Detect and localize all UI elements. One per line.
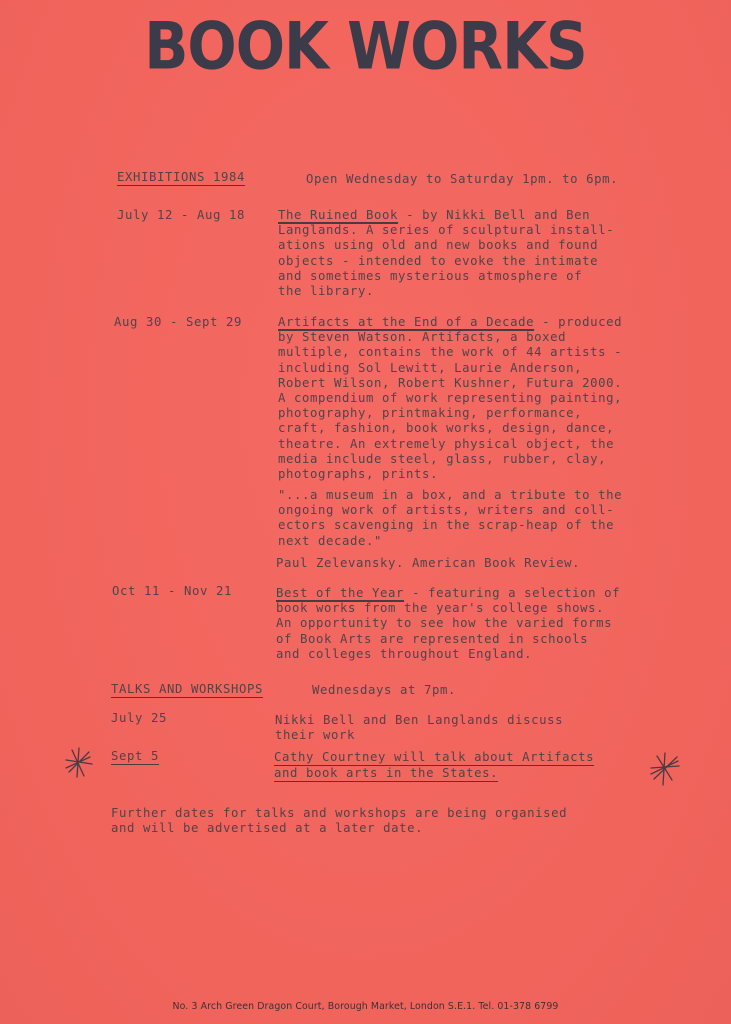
exhibition-1-title: The Ruined Book: [278, 208, 398, 222]
exhibition-1-dates: July 12 - Aug 18: [117, 208, 245, 223]
talk-2-line1: Cathy Courtney will talk about Artifacts: [274, 750, 594, 766]
talk-1-text: Nikki Bell and Ben Langlands discuss the…: [275, 713, 675, 743]
exhibitions-heading: EXHIBITIONS 1984: [117, 170, 245, 186]
talks-heading: TALKS AND WORKSHOPS: [111, 682, 263, 698]
exhibition-2-body: by Steven Watson. Artifacts, a boxed mul…: [278, 330, 622, 481]
exhibition-2-title: Artifacts at the End of a Decade: [278, 315, 534, 329]
asterisk-doodle-icon: [62, 746, 96, 780]
exhibition-2-description: Artifacts at the End of a Decade - produ…: [278, 315, 678, 482]
flyer-page: BOOK WORKS EXHIBITIONS 1984 Open Wednesd…: [0, 0, 731, 1024]
exhibition-3-body: book works from the year's college shows…: [276, 601, 612, 661]
talks-note: Further dates for talks and workshops ar…: [111, 806, 567, 836]
exhibition-1-body: Langlands. A series of sculptural instal…: [278, 223, 614, 298]
asterisk-doodle-icon: [648, 752, 682, 786]
footer-address: No. 3 Arch Green Dragon Court, Borough M…: [0, 1001, 731, 1012]
exhibition-1-description: The Ruined Book - by Nikki Bell and Ben …: [278, 208, 678, 299]
talk-1-date: July 25: [111, 711, 167, 726]
talks-schedule: Wednesdays at 7pm.: [312, 683, 456, 698]
exhibition-3-description: Best of the Year - featuring a selection…: [276, 586, 676, 662]
masthead-title: BOOK WORKS: [0, 8, 731, 84]
exhibition-2-dates: Aug 30 - Sept 29: [114, 315, 242, 330]
exhibition-2-attribution: Paul Zelevansky. American Book Review.: [276, 556, 676, 571]
exhibition-3-dates: Oct 11 - Nov 21: [112, 584, 232, 599]
talk-2-line2: and book arts in the States.: [274, 766, 498, 782]
exhibition-3-title: Best of the Year: [276, 586, 404, 600]
exhibition-2-quote: "...a museum in a box, and a tribute to …: [278, 488, 678, 549]
talk-2-date: Sept 5: [111, 749, 159, 765]
exhibitions-hours: Open Wednesday to Saturday 1pm. to 6pm.: [306, 172, 618, 187]
